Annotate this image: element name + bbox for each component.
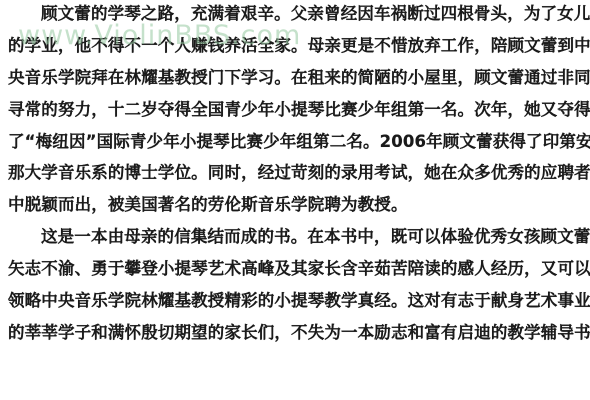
paragraph-1-line-4: 寻常的努力，十二岁夺得全国青少年小提琴比赛少年组第一名。次年，她又夺得 (8, 99, 584, 121)
paragraph-2-line-3: 领略中央音乐学院林耀基教授精彩的小提琴教学真经。这对有志于献身艺术事业 (8, 290, 584, 312)
paragraph-1-line-7: 中脱颖而出，被美国著名的劳伦斯音乐学院聘为教授。 (8, 194, 584, 216)
document-page: 顾文蕾的学琴之路，充满着艰辛。父亲曾经因车祸断过四根骨头，为了女儿 的学业，他不… (0, 0, 590, 400)
paragraph-2-line-1: 这是一本由母亲的信集结而成的书。在本书中，既可以体验优秀女孩顾文蕾 (41, 226, 584, 248)
paragraph-2-line-4: 的莘莘学子和满怀殷切期望的家长们，不失为一本励志和富有启迪的教学辅导书。 (8, 322, 584, 344)
watermark: www.ViolinBBS.com (18, 20, 301, 51)
paragraph-1-line-3: 央音乐学院拜在林耀基教授门下学习。在租来的简陋的小屋里，顾文蕾通过非同 (8, 67, 584, 89)
paragraph-1-line-6: 那大学音乐系的博士学位。同时，经过苛刻的录用考试，她在众多优秀的应聘者 (8, 162, 584, 184)
paragraph-1-line-5: 了“梅纽因”国际青少年小提琴比赛少年组第二名。2006年顾文蕾获得了印第安 (8, 131, 584, 153)
paragraph-2-line-2: 矢志不渝、勇于攀登小提琴艺术高峰及其家长含辛茹苦陪读的感人经历，又可以 (8, 258, 584, 280)
